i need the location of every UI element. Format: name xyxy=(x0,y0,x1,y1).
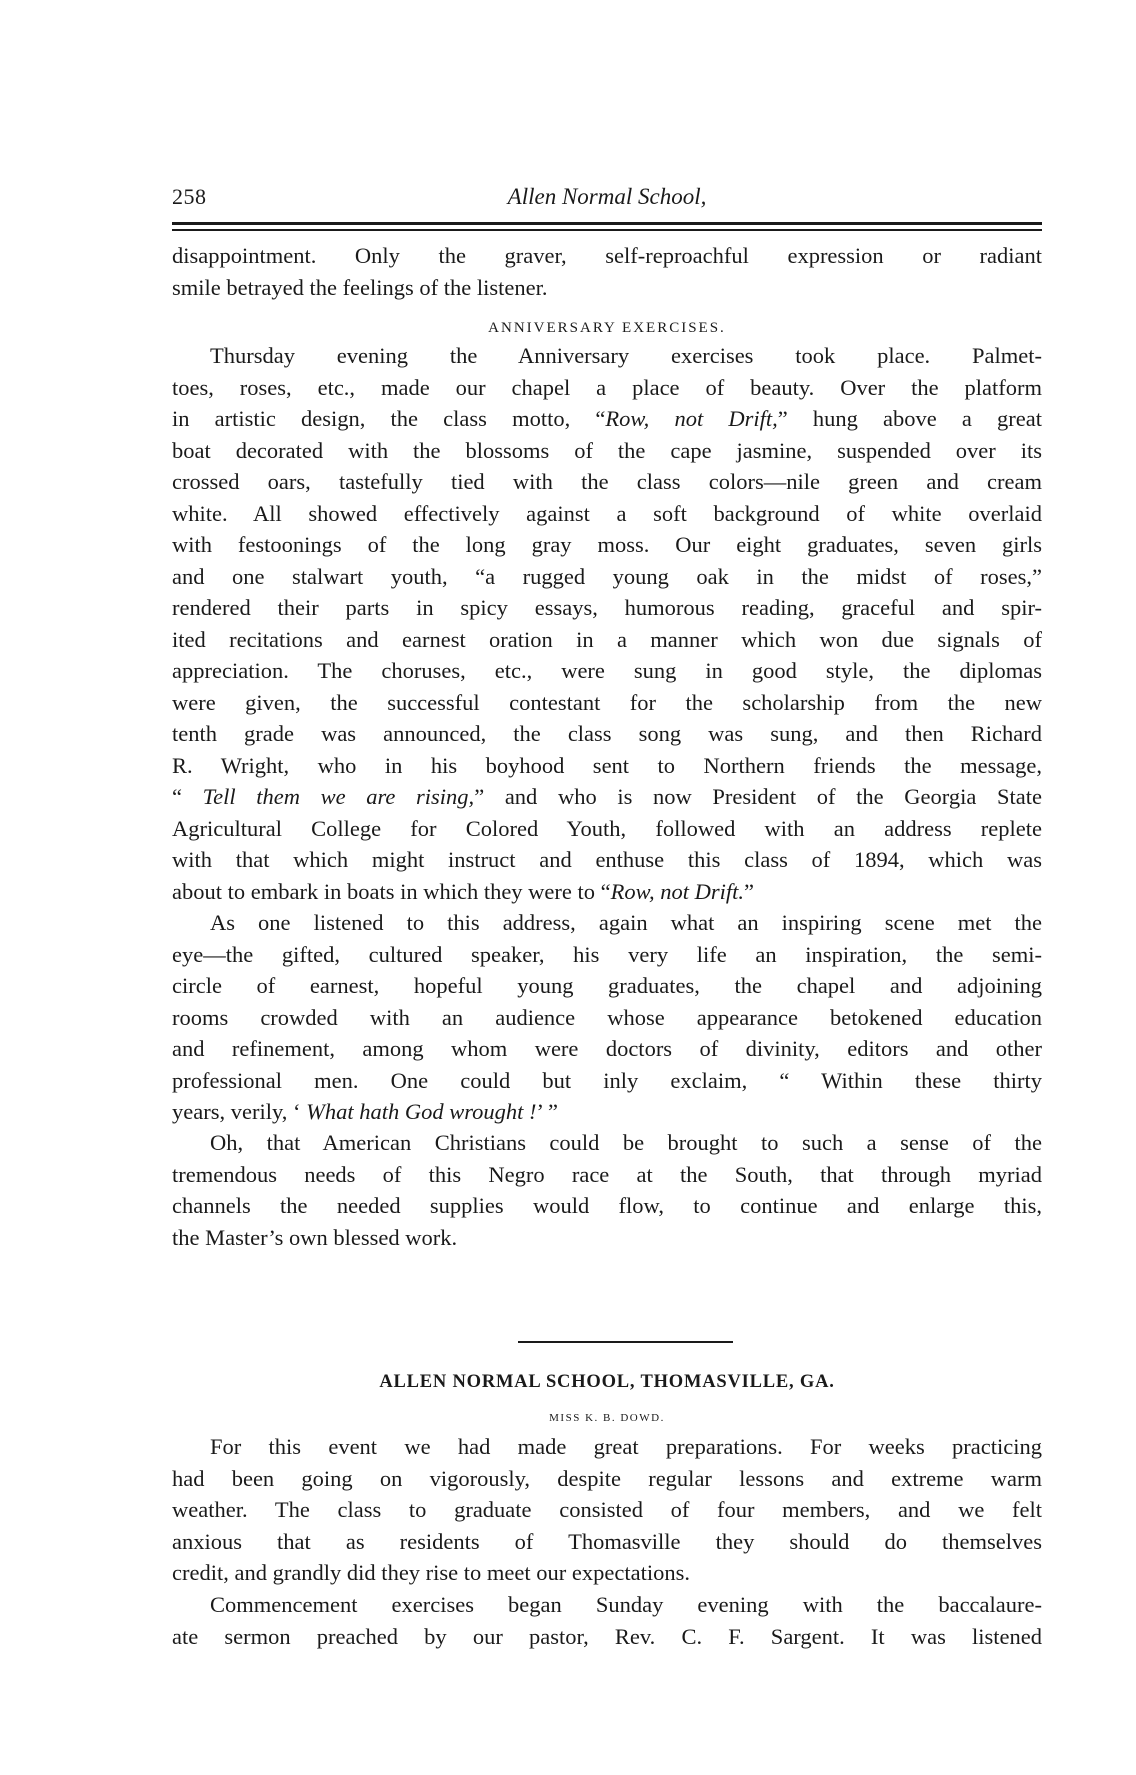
text-line: in artistic design, the class motto, “Ro… xyxy=(172,403,1042,435)
article-paragraph-1: For this event we had made great prepara… xyxy=(172,1431,1042,1589)
text-line: had been going on vigorously, despite re… xyxy=(172,1463,1042,1495)
text-line: weather. The class to graduate consisted… xyxy=(172,1494,1042,1526)
text-line: ate sermon preached by our pastor, Rev. … xyxy=(172,1621,1042,1653)
italic-motto: Row, not Drift. xyxy=(611,879,744,904)
text-line: For this event we had made great prepara… xyxy=(172,1431,1042,1463)
text-line: with that which might instruct and enthu… xyxy=(172,844,1042,876)
continuation-paragraph: disappointment. Only the graver, self-re… xyxy=(172,240,1042,303)
text-run: ” hung above a great xyxy=(778,406,1042,431)
article-paragraph-2: Commencement exercises began Sunday even… xyxy=(172,1589,1042,1652)
text-line: and refinement, among whom were doctors … xyxy=(172,1033,1042,1065)
text-line: appreciation. The choruses, etc., were s… xyxy=(172,655,1042,687)
text-line: rendered their parts in spicy essays, hu… xyxy=(172,592,1042,624)
text-run: in artistic design, the class motto, “ xyxy=(172,406,605,431)
anniversary-paragraph-1: Thursday evening the Anniversary exercis… xyxy=(172,340,1042,907)
article-title: ALLEN NORMAL SCHOOL, THOMASVILLE, GA. xyxy=(172,1372,1042,1393)
text-line: professional men. One could but inly exc… xyxy=(172,1065,1042,1097)
italic-quote: What hath God wrought ! xyxy=(306,1099,536,1124)
text-line: crossed oars, tastefully tied with the c… xyxy=(172,466,1042,498)
text-line: boat decorated with the blossoms of the … xyxy=(172,435,1042,467)
text-line: eye—the gifted, cultured speaker, his ve… xyxy=(172,939,1042,971)
text-line: toes, roses, etc., made our chapel a pla… xyxy=(172,372,1042,404)
running-title: Allen Normal School, xyxy=(172,184,1042,210)
text-run: years, verily, ‘ xyxy=(172,1099,306,1124)
text-line: Thursday evening the Anniversary exercis… xyxy=(172,340,1042,372)
text-line: the Master’s own blessed work. xyxy=(172,1222,1042,1254)
text-line: and one stalwart youth, “a rugged young … xyxy=(172,561,1042,593)
anniversary-paragraph-3: Oh, that American Christians could be br… xyxy=(172,1127,1042,1253)
text-line: about to embark in boats in which they w… xyxy=(172,876,1042,908)
document-page: 258 Allen Normal School, disappointment.… xyxy=(0,0,1136,1775)
text-line: “ Tell them we are rising,” and who is n… xyxy=(172,781,1042,813)
text-line: tenth grade was announced, the class son… xyxy=(172,718,1042,750)
text-line: ited recitations and earnest oration in … xyxy=(172,624,1042,656)
italic-motto: Row, not Drift, xyxy=(605,406,777,431)
text-line: disappointment. Only the graver, self-re… xyxy=(172,240,1042,272)
text-run: “ xyxy=(172,784,203,809)
text-line: channels the needed supplies would flow,… xyxy=(172,1190,1042,1222)
text-line: Agricultural College for Colored Youth, … xyxy=(172,813,1042,845)
text-line: were given, the successful contestant fo… xyxy=(172,687,1042,719)
text-line: tremendous needs of this Negro race at t… xyxy=(172,1159,1042,1191)
text-line: Commencement exercises began Sunday even… xyxy=(172,1589,1042,1621)
text-line: credit, and grandly did they rise to mee… xyxy=(172,1557,1042,1589)
text-line: with festoonings of the long gray moss. … xyxy=(172,529,1042,561)
anniversary-paragraph-2: As one listened to this address, again w… xyxy=(172,907,1042,1128)
text-line: circle of earnest, hopeful young graduat… xyxy=(172,970,1042,1002)
text-line: R. Wright, who in his boyhood sent to No… xyxy=(172,750,1042,782)
text-line: smile betrayed the feelings of the liste… xyxy=(172,272,1042,304)
page-header: 258 Allen Normal School, xyxy=(172,184,1042,216)
article-byline: MISS K. B. DOWD. xyxy=(172,1412,1042,1424)
text-run: ’ ” xyxy=(537,1099,558,1124)
text-line: rooms crowded with an audience whose app… xyxy=(172,1002,1042,1034)
text-line: years, verily, ‘ What hath God wrought !… xyxy=(172,1096,1042,1128)
text-run: about to embark in boats in which they w… xyxy=(172,879,611,904)
text-run: ” and who is now President of the Georgi… xyxy=(474,784,1042,809)
text-line: white. All showed effectively against a … xyxy=(172,498,1042,530)
text-line: Oh, that American Christians could be br… xyxy=(172,1127,1042,1159)
text-run: ” xyxy=(744,879,754,904)
text-line: anxious that as residents of Thomasville… xyxy=(172,1526,1042,1558)
section-heading-anniversary: ANNIVERSARY EXERCISES. xyxy=(172,320,1042,337)
text-line: As one listened to this address, again w… xyxy=(172,907,1042,939)
header-rule-thin xyxy=(172,229,1042,231)
section-divider xyxy=(518,1341,733,1343)
header-rule-thick xyxy=(172,222,1042,225)
italic-quote: Tell them we are rising, xyxy=(203,784,475,809)
